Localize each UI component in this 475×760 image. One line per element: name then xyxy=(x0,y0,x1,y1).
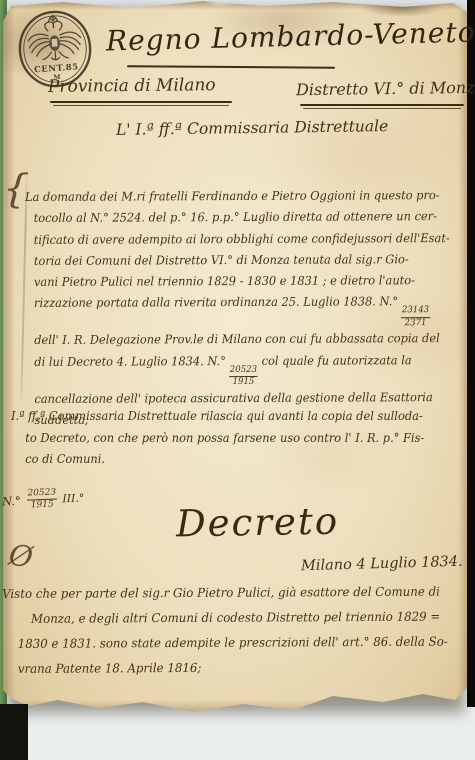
district-heading: Distretto VI.° di Monza xyxy=(296,78,475,100)
district-underline xyxy=(300,104,464,106)
protocol-suffix: III.° xyxy=(62,492,84,506)
manuscript-line: co di Comuni. xyxy=(25,449,424,471)
manuscript-line: La domanda dei M.ri fratelli Ferdinando … xyxy=(25,185,450,208)
kingdom-title: Regno Lombardo-Veneto xyxy=(106,15,475,57)
protocol-prefix: N.° xyxy=(2,494,21,509)
manuscript-line: tocollo al N.° 2524. del p.° 16. p.p.° L… xyxy=(34,206,450,229)
manuscript-line: rizzazione portata dalla riverita ordina… xyxy=(34,292,450,331)
manuscript-line: I.ª ff.ª Commissaria Distrettuale rilasc… xyxy=(11,406,424,428)
manuscript-line: vrana Patente 18. Aprile 1816; xyxy=(18,655,448,682)
fraction-denominator: 1915 xyxy=(233,377,255,388)
fraction-denominator: 2371 xyxy=(405,318,427,329)
scanned-document: CENT.85 M Regno Lombardo-Veneto Provinci… xyxy=(0,0,475,760)
manuscript-line: dell' I. R. Delegazione Prov.le di Milan… xyxy=(34,328,450,351)
manuscript-line: Visto che per parte del sig.r Gio Pietro… xyxy=(2,580,448,607)
manuscript-line: Monza, e degli altri Comuni di codesto D… xyxy=(31,605,448,632)
kingdom-title-underline xyxy=(127,65,335,68)
district-underline-2 xyxy=(303,108,461,109)
manuscript-line: 1830 e 1831. sono state adempite le pres… xyxy=(18,630,448,657)
decree-heading: Decreto xyxy=(176,500,340,546)
manuscript-line: di lui Decreto 4. Luglio 1834. N.°205231… xyxy=(34,350,450,389)
manuscript-content: CENT.85 M Regno Lombardo-Veneto Provinci… xyxy=(0,0,475,760)
paragraph-decree-body: Visto che per parte del sig.r Gio Pietro… xyxy=(2,580,448,682)
manuscript-line: vani Pietro Pulici nel triennio 1829 - 1… xyxy=(34,270,450,293)
office-subtitle: L' I.ª ff.ª Commissaria Distrettuale xyxy=(116,117,388,139)
manuscript-line: tificato di avere adempito ai loro obbli… xyxy=(34,228,450,251)
province-underline-2 xyxy=(53,105,229,106)
manuscript-line-text: rizzazione portata dalla riverita ordina… xyxy=(34,295,398,311)
province-underline xyxy=(50,101,232,103)
decree-dateline: Milano 4 Luglio 1834. xyxy=(301,554,463,575)
paragraph-request: La domanda dei M.ri fratelli Ferdinando … xyxy=(25,185,451,431)
margin-protocol-number: N.°205231915III.° xyxy=(2,488,85,513)
province-heading: Provincia di Milano xyxy=(48,75,216,97)
paragraph-release: I.ª ff.ª Commissaria Distrettuale rilasc… xyxy=(11,406,424,471)
fraction-denominator: 1915 xyxy=(31,500,54,511)
manuscript-line-text: col quale fu autorizzata la xyxy=(262,353,412,368)
fraction-numerator: 20523 xyxy=(229,366,258,378)
reference-fraction: 231432371 xyxy=(401,307,430,329)
reference-fraction: 205231915 xyxy=(26,489,57,512)
reference-fraction: 205231915 xyxy=(229,366,258,388)
stamp-value: CENT.85 xyxy=(34,61,79,74)
paragraph-sign-icon: Ø xyxy=(7,538,35,575)
manuscript-line: to Decreto, con che però non possa farse… xyxy=(25,428,424,450)
manuscript-line-text: di lui Decreto 4. Luglio 1834. N.° xyxy=(34,354,226,369)
fraction-numerator: 23143 xyxy=(401,307,430,319)
manuscript-line: toria dei Comuni del Distretto VI.° di M… xyxy=(34,249,450,272)
